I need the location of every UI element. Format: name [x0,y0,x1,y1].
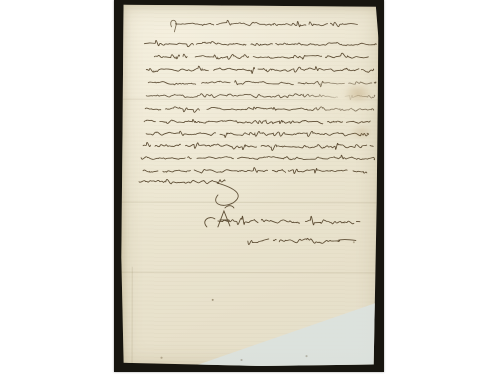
body-line-3 [146,66,373,74]
paragraph-end-sweep [216,183,239,205]
handwriting-ink [121,5,379,367]
body-line-10 [141,155,375,160]
body-line-2 [154,53,368,60]
manuscript-paper [121,5,379,367]
signature-line-2 [248,238,356,245]
manuscript-photo [114,0,384,372]
ink-speck-1 [212,299,214,301]
body-line-11 [143,167,371,173]
body-line-12 [139,179,225,184]
signature-rubric [205,206,234,227]
body-line-8 [146,131,368,138]
body-line-1 [144,40,376,47]
ink-speck-5 [353,241,355,243]
ink-speck-3 [241,359,243,361]
body-line-7 [144,119,370,124]
body-line-9 [143,142,373,150]
header-start-mark [171,20,177,32]
header-line [175,20,357,27]
ink-speck-4 [306,355,308,357]
signature-line-1 [218,216,360,225]
ink-stain-lower [349,125,373,139]
ink-stain-upper [343,83,373,103]
ink-speck-2 [161,357,163,359]
